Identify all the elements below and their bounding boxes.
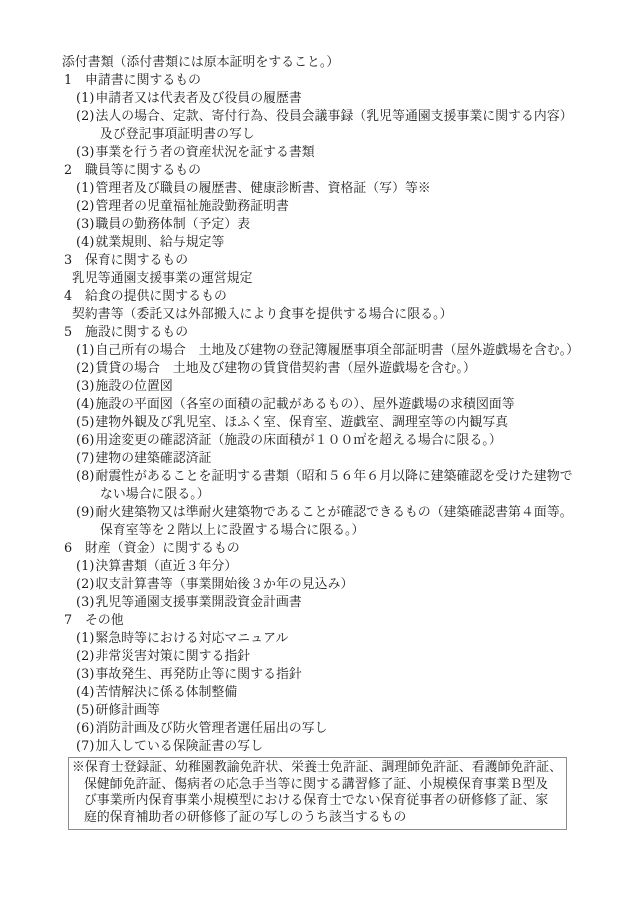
item-label: (4)	[76, 235, 94, 250]
document-page: 添付書類（添付書類には原本証明をすること。） 1申請書に関するもの(1)申請者又…	[0, 0, 630, 903]
item-label: (2)	[76, 199, 94, 214]
list-item: (6)消防計画及び防火管理者選任届出の写し	[62, 720, 610, 738]
section-2-header: 2職員等に関するもの	[62, 162, 610, 180]
list-item: (2)収支計算書等（事業開始後３か年の見込み）	[62, 576, 610, 594]
section-number: 4	[64, 288, 73, 306]
item-label: (6)	[76, 433, 94, 448]
item-label: (4)	[76, 397, 94, 412]
attachment-document-checklist: 添付書類（添付書類には原本証明をすること。） 1申請書に関するもの(1)申請者又…	[62, 54, 610, 830]
item-text: 決算書類（直近３年分）	[95, 559, 237, 574]
footnote-box: ※保育士登録証、幼稚園教諭免許状、栄養士免許証、調理師免許証、看護師免許証、保健…	[68, 757, 567, 830]
section-title: その他	[85, 613, 124, 628]
item-text: 自己所有の場合 土地及び建物の登記簿履歴事項全部証明書（屋外遊戯場を含む。）	[95, 343, 579, 358]
item-label: (3)	[76, 145, 94, 160]
item-label: (9)	[76, 505, 94, 520]
item-text: 耐火建築物又は準耐火建築物であることが確認できるもの（建築確認書第４面等。	[95, 505, 572, 520]
list-item: (1)管理者及び職員の履歴書、健康診断書、資格証（写）等※	[62, 180, 610, 198]
list-item: (1)申請者又は代表者及び役員の履歴書	[62, 90, 610, 108]
item-text: 管理者及び職員の履歴書、健康診断書、資格証（写）等※	[95, 181, 430, 196]
list-item: (3)事業を行う者の資産状況を証する書類	[62, 144, 610, 162]
section-title: 保育に関するもの	[85, 253, 188, 268]
item-text: 乳児等通園支援事業開設資金計画書	[95, 595, 301, 610]
item-text: 加入している保険証書の写し	[95, 739, 263, 754]
section-title: 財産（資金）に関するもの	[85, 541, 240, 556]
item-text: 緊急時等における対応マニュアル	[95, 631, 288, 646]
sections-container: 1申請書に関するもの(1)申請者又は代表者及び役員の履歴書(2)法人の場合、定款…	[62, 72, 610, 756]
item-label: (1)	[76, 343, 94, 358]
list-item-continuation: ない場合に限る。）	[62, 486, 610, 504]
list-item: (1)緊急時等における対応マニュアル	[62, 630, 610, 648]
item-label: (2)	[76, 649, 94, 664]
item-label: (3)	[76, 217, 94, 232]
item-text: 事故発生、再発防止等に関する指針	[95, 667, 301, 682]
list-item-continuation: 保育室等を２階以上に設置する場合に限る。）	[62, 522, 610, 540]
list-item: (1)自己所有の場合 土地及び建物の登記簿履歴事項全部証明書（屋外遊戯場を含む。…	[62, 342, 610, 360]
section-number: 3	[64, 252, 73, 270]
list-item: (4)苦情解決に係る体制整備	[62, 684, 610, 702]
item-text: 収支計算書等（事業開始後３か年の見込み）	[95, 577, 353, 592]
list-item: (1)決算書類（直近３年分）	[62, 558, 610, 576]
section-number: 2	[64, 162, 73, 180]
item-label: (5)	[76, 415, 94, 430]
list-item: (2)管理者の児童福祉施設勤務証明書	[62, 198, 610, 216]
list-item: (8)耐震性があることを証明する書類（昭和５６年６月以降に建築確認を受けた建物で	[62, 468, 610, 486]
item-label: (7)	[76, 739, 94, 754]
item-label: (2)	[76, 577, 94, 592]
item-label: (8)	[76, 469, 94, 484]
section-4-header: 4給食の提供に関するもの	[62, 288, 610, 306]
item-text: 苦情解決に係る体制整備	[95, 685, 237, 700]
item-label: (3)	[76, 667, 94, 682]
item-label: (3)	[76, 379, 94, 394]
item-label: (5)	[76, 703, 94, 718]
item-label: (3)	[76, 595, 94, 610]
section-number: 5	[64, 324, 73, 342]
item-text: 用途変更の確認済証（施設の床面積が１００㎡を超える場合に限る。）	[95, 433, 501, 448]
footnote-line: 保健師免許証、傷病者の応急手当等に関する講習修了証、小規模保育事業Ｂ型及	[72, 777, 562, 794]
list-item: (3)乳児等通園支援事業開設資金計画書	[62, 594, 610, 612]
list-item: (2)非常災害対策に関する指針	[62, 648, 610, 666]
footnote-line: ※保育士登録証、幼稚園教諭免許状、栄養士免許証、調理師免許証、看護師免許証、	[72, 760, 562, 777]
section-title: 給食の提供に関するもの	[85, 289, 227, 304]
item-text: 管理者の児童福祉施設勤務証明書	[95, 199, 288, 214]
footnote-line: び事業所内保育事業小規模型における保育士でない保育従事者の研修修了証、家	[72, 793, 562, 810]
item-label: (6)	[76, 721, 94, 736]
item-text: 法人の場合、定款、寄付行為、役員会議事録（乳児等通園支援事業に関する内容）	[95, 109, 572, 124]
item-text: 申請者又は代表者及び役員の履歴書	[95, 91, 301, 106]
item-text: 建物の建築確認済証	[95, 451, 211, 466]
item-text: 建物外観及び乳児室、ほふく室、保育室、遊戯室、調理室等の内観写真	[95, 415, 508, 430]
list-item: (5)研修計画等	[62, 702, 610, 720]
section-title: 職員等に関するもの	[85, 163, 201, 178]
section-title: 施設に関するもの	[85, 325, 188, 340]
section-1-header: 1申請書に関するもの	[62, 72, 610, 90]
list-item: (6)用途変更の確認済証（施設の床面積が１００㎡を超える場合に限る。）	[62, 432, 610, 450]
item-label: (2)	[76, 361, 94, 376]
section-6-header: 6財産（資金）に関するもの	[62, 540, 610, 558]
item-text: 就業規則、給与規定等	[95, 235, 224, 250]
list-item: (9)耐火建築物又は準耐火建築物であることが確認できるもの（建築確認書第４面等。	[62, 504, 610, 522]
list-item: (3)職員の勤務体制（予定）表	[62, 216, 610, 234]
section-5-header: 5施設に関するもの	[62, 324, 610, 342]
section-number: 7	[64, 612, 73, 630]
section-body-line: 契約書等（委託又は外部搬入により食事を提供する場合に限る。）	[62, 306, 610, 324]
section-7-header: 7その他	[62, 612, 610, 630]
item-text: 耐震性があることを証明する書類（昭和５６年６月以降に建築確認を受けた建物で	[95, 469, 572, 484]
item-label: (4)	[76, 685, 94, 700]
section-title: 申請書に関するもの	[85, 73, 201, 88]
list-item: (4)就業規則、給与規定等	[62, 234, 610, 252]
list-item-continuation: 及び登記事項証明書の写し	[62, 126, 610, 144]
list-item: (2)法人の場合、定款、寄付行為、役員会議事録（乳児等通園支援事業に関する内容）	[62, 108, 610, 126]
list-item: (3)施設の位置図	[62, 378, 610, 396]
item-label: (1)	[76, 631, 94, 646]
item-label: (7)	[76, 451, 94, 466]
section-number: 1	[64, 72, 73, 90]
item-text: 事業を行う者の資産状況を証する書類	[95, 145, 314, 160]
list-item: (7)建物の建築確認済証	[62, 450, 610, 468]
item-text: 施設の位置図	[95, 379, 172, 394]
item-text: 消防計画及び防火管理者選任届出の写し	[95, 721, 327, 736]
section-3-header: 3保育に関するもの	[62, 252, 610, 270]
list-item: (4)施設の平面図（各室の面積の記載があるもの）、屋外遊戯場の求積図面等	[62, 396, 610, 414]
list-item: (3)事故発生、再発防止等に関する指針	[62, 666, 610, 684]
section-body-line: 乳児等通園支援事業の運営規定	[62, 270, 610, 288]
item-label: (2)	[76, 109, 94, 124]
item-text: 賃貸の場合 土地及び建物の賃貸借契約書（屋外遊戯場を含む。）	[95, 361, 476, 376]
item-text: 非常災害対策に関する指針	[95, 649, 250, 664]
footnote-line: 庭的保育補助者の研修修了証の写しのうち該当するもの	[72, 810, 562, 827]
item-text: 施設の平面図（各室の面積の記載があるもの）、屋外遊戯場の求積図面等	[95, 397, 514, 412]
section-number: 6	[64, 540, 73, 558]
item-label: (1)	[76, 559, 94, 574]
list-item: (5)建物外観及び乳児室、ほふく室、保育室、遊戯室、調理室等の内観写真	[62, 414, 610, 432]
item-label: (1)	[76, 181, 94, 196]
list-item: (2)賃貸の場合 土地及び建物の賃貸借契約書（屋外遊戯場を含む。）	[62, 360, 610, 378]
item-label: (1)	[76, 91, 94, 106]
list-item: (7)加入している保険証書の写し	[62, 738, 610, 756]
item-text: 研修計画等	[95, 703, 159, 718]
item-text: 職員の勤務体制（予定）表	[95, 217, 250, 232]
document-heading: 添付書類（添付書類には原本証明をすること。）	[62, 54, 610, 72]
